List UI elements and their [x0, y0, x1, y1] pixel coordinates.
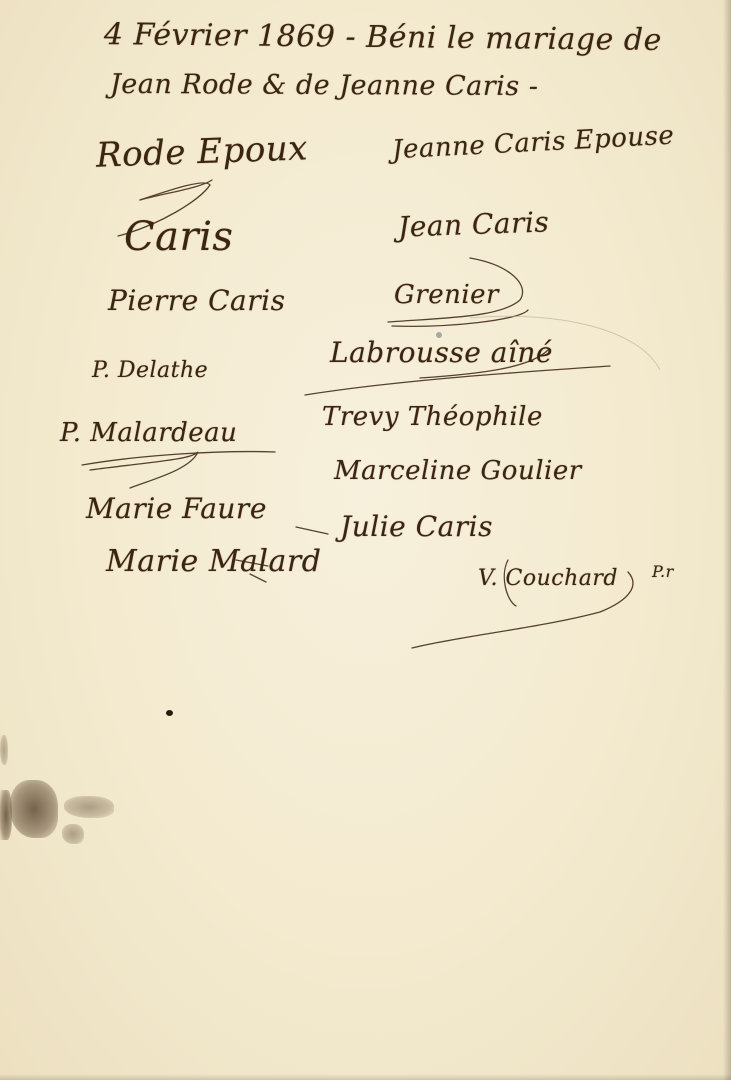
- ink-stain-small: [0, 735, 8, 765]
- ink-speckle-2: [62, 824, 84, 844]
- page-edge-shadow: [723, 0, 731, 1080]
- signature-p-malardeau: P. Malardeau: [60, 418, 237, 448]
- signature-jeanne-caris-epouse: Jeanne Caris Epouse: [391, 121, 675, 166]
- signature-jean-caris: Jean Caris: [397, 205, 549, 243]
- record-line-1: 4 Février 1869 - Béni le mariage de: [104, 17, 662, 58]
- signature-rode-epoux: Rode Epoux: [95, 128, 308, 175]
- ink-dot: [166, 710, 173, 716]
- signature-marie-malard: Marie Malard: [106, 544, 321, 579]
- record-line-2: Jean Rode & de Jeanne Caris -: [110, 69, 539, 102]
- signature-v-couchard: V. Couchard: [478, 566, 618, 591]
- signature-delathe: P. Delathe: [92, 358, 208, 383]
- document-page: 4 Février 1869 - Béni le mariage de Jean…: [0, 0, 731, 1080]
- signature-grenier: Grenier: [394, 280, 499, 310]
- page-bottom-shadow: [0, 1074, 731, 1080]
- ink-stain-edge: [0, 790, 12, 840]
- ink-speckle: [64, 796, 114, 818]
- signature-marie-faure: Marie Faure: [86, 492, 267, 525]
- celebrant-mark: P.r: [652, 562, 674, 581]
- grey-dot: [436, 332, 442, 338]
- signature-pierre-caris: Pierre Caris: [108, 284, 285, 317]
- signature-labrousse-aine: Labrousse aîné: [330, 336, 553, 369]
- signature-marceline-goulier: Marceline Goulier: [334, 456, 582, 486]
- signature-trevy-theophile: Trevy Théophile: [322, 402, 543, 432]
- signature-caris: Caris: [124, 214, 233, 260]
- signature-julie-caris: Julie Caris: [340, 510, 493, 543]
- ink-stain: [10, 780, 58, 838]
